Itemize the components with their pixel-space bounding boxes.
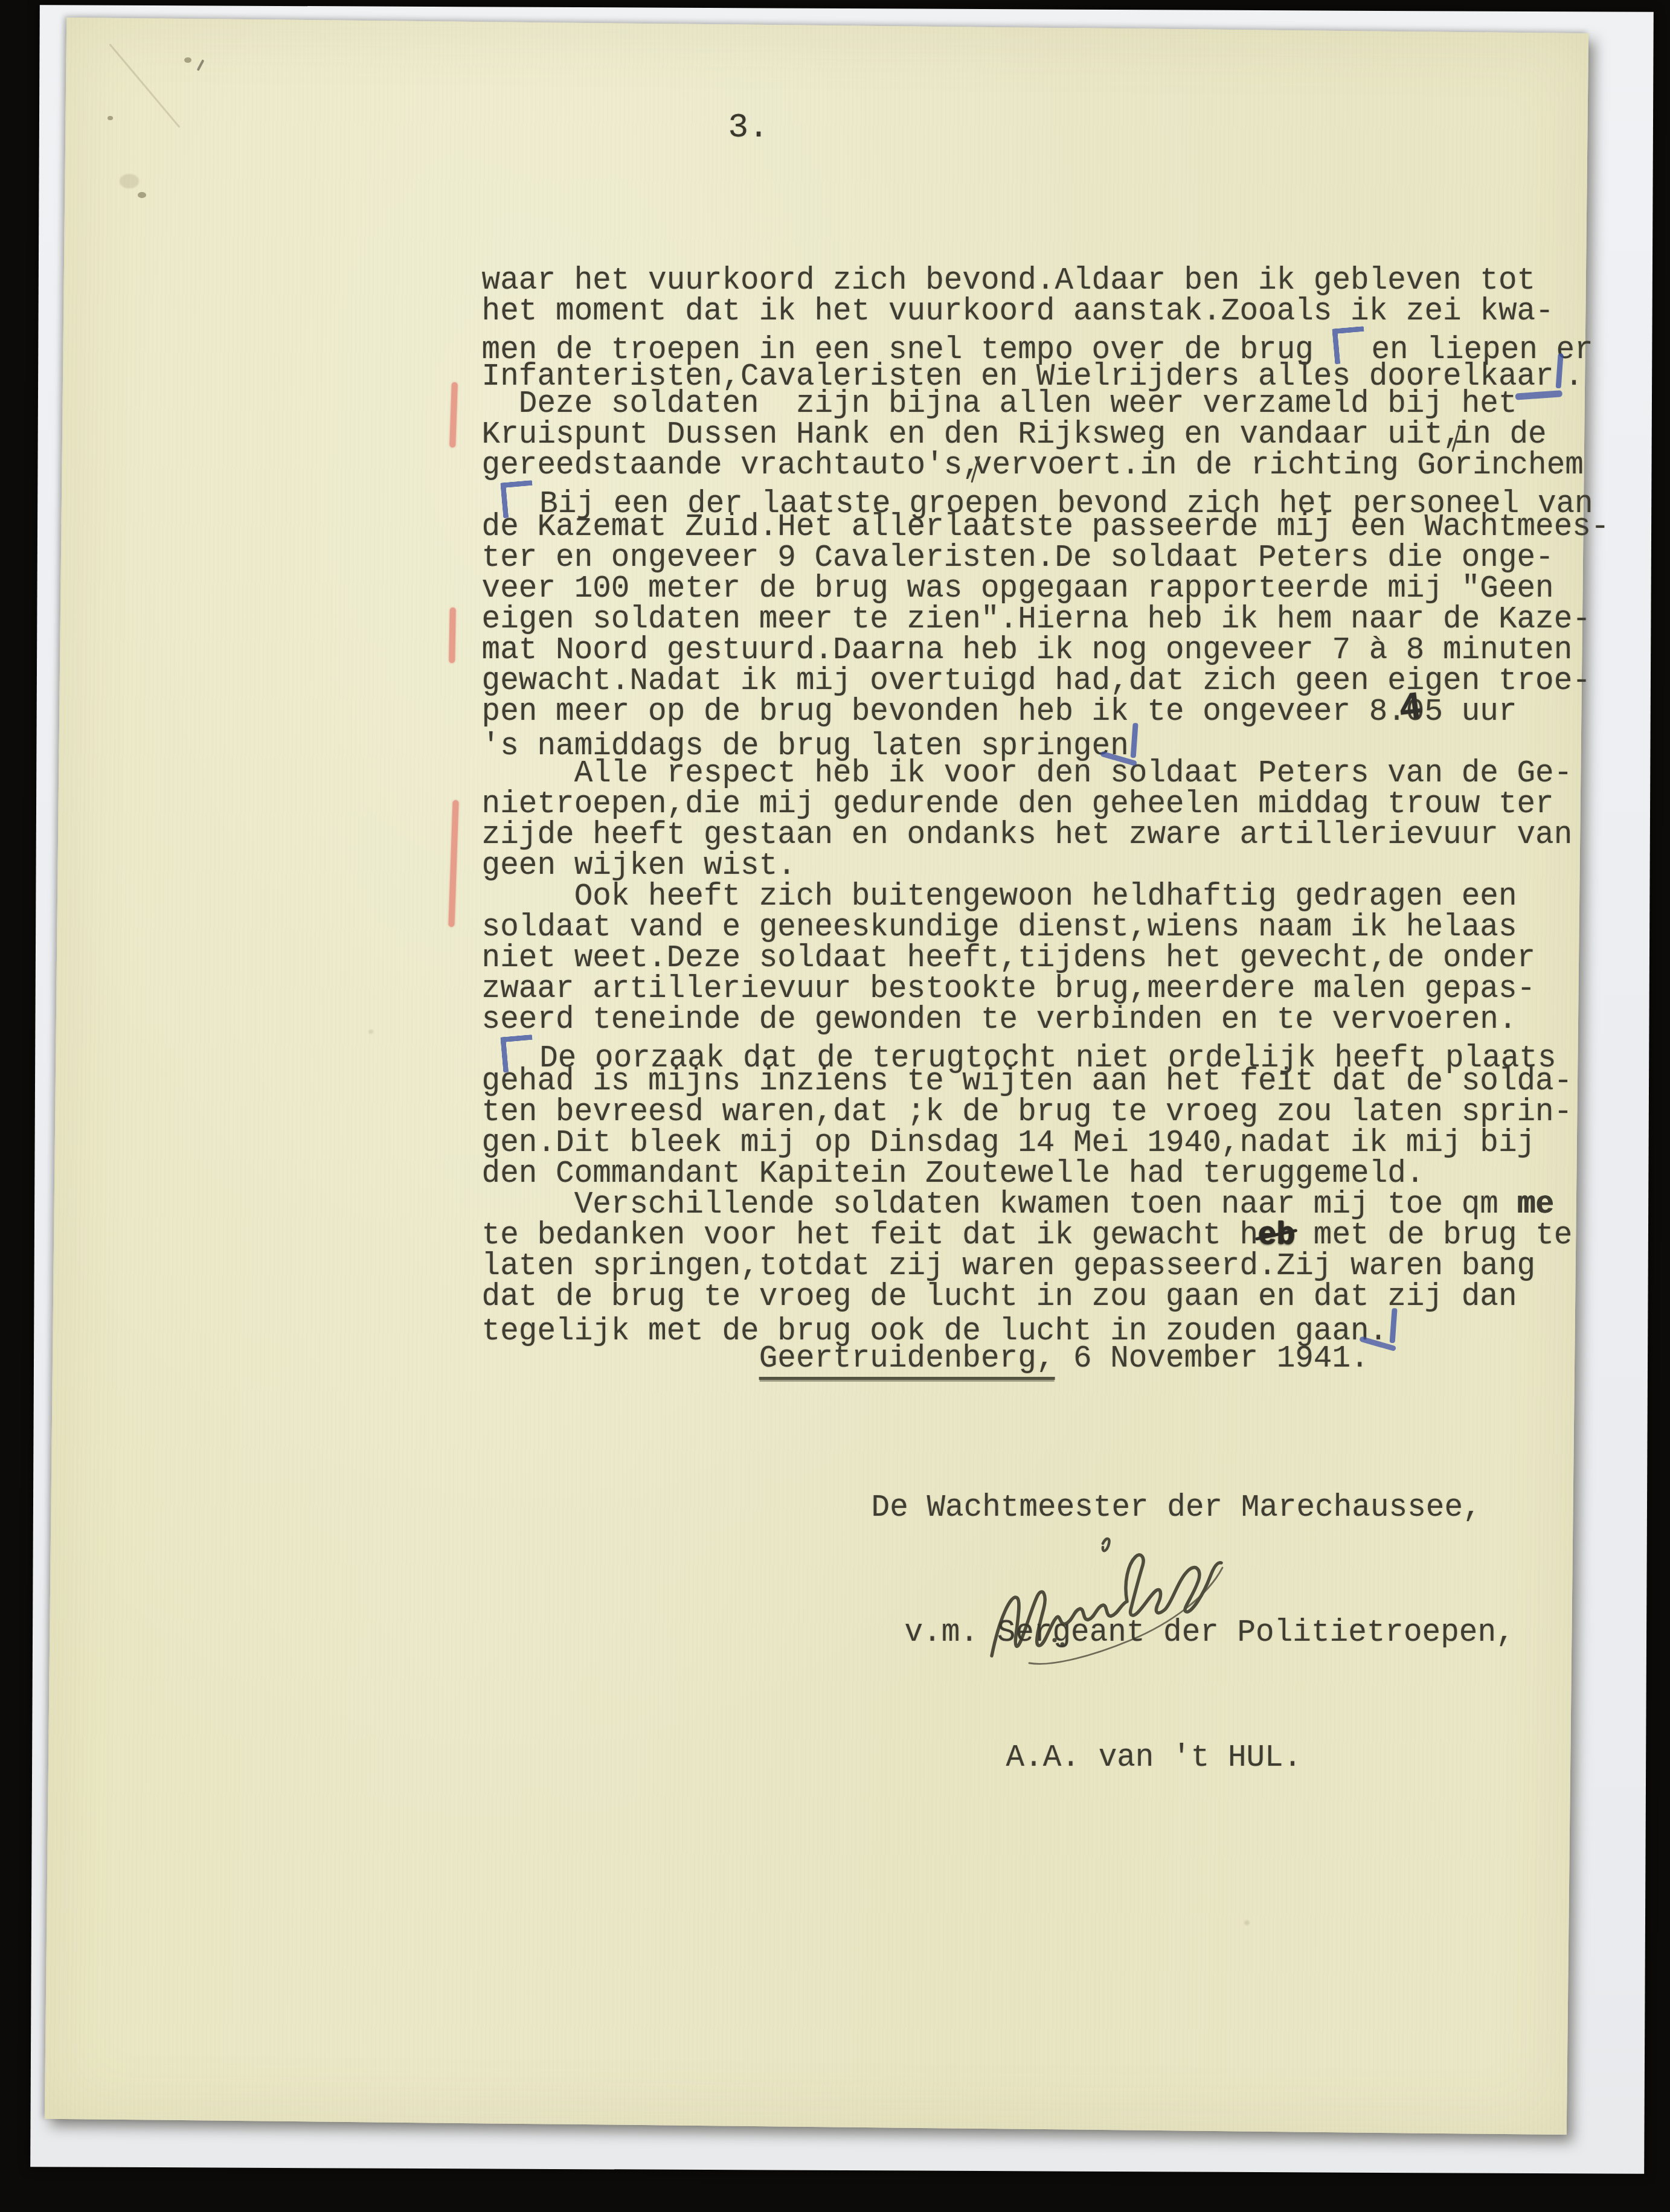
typed-line: ter en ongeveer 9 Cavaleristen.De soldaa… (482, 543, 1610, 574)
blue-pen-corner-mark (1332, 326, 1367, 364)
typed-text: Kruispunt Dussen Hank en den Rijksweg en… (482, 418, 1462, 452)
signature-ink-dot (1053, 1638, 1057, 1643)
blue-pen-corner-mark (500, 1034, 535, 1072)
blue-pen-corner-mark (500, 480, 535, 518)
handwritten-signature (978, 1486, 1238, 1691)
typed-text: . (1565, 360, 1584, 394)
typed-text: zijde heeft gestaan en ondanks het zware… (482, 818, 1573, 853)
paper-speck (1244, 1920, 1250, 1925)
typed-text: gehad is mijns inziens te wijten aan het… (482, 1065, 1573, 1099)
typed-text: den Commandant Kapitein Zoutewelle had t… (482, 1157, 1425, 1191)
typed-text: Alle respect heb ik voor den soldaat Pet… (482, 757, 1573, 791)
paper-speck (368, 1030, 373, 1034)
closing-line-name: A.A. van 't HUL. (482, 1743, 1610, 1774)
typed-line: tegelijk met de brug ook de lucht in zou… (482, 1313, 1610, 1344)
typed-text: nietroepen,die mij gedurende den geheele… (482, 787, 1554, 822)
typed-text: waar het vuurkoord zich bevond.Aldaar be… (482, 264, 1535, 298)
typed-line: laten springen,totdat zij waren gepassee… (482, 1251, 1610, 1282)
typed-line: dat de brug te vroeg de lucht in zou gaa… (482, 1282, 1610, 1313)
typed-text: Verschillende soldaten kwamen toen naar … (482, 1188, 1517, 1222)
typed-line: men de troepen in een snel tempo over de… (482, 327, 1610, 358)
typed-text (482, 1342, 759, 1376)
typed-line: geen wijken wist. (482, 851, 1610, 882)
document-scan: { "scan": { "background_color": "#0c0b09… (0, 0, 1670, 2212)
typed-text: de Kazemat Zuid.Het allerlaatste passeer… (482, 510, 1610, 545)
typed-line: Kruispunt Dussen Hank en den Rijksweg en… (482, 420, 1610, 450)
typed-line: waar het vuurkoord zich bevond.Aldaar be… (482, 266, 1610, 297)
typed-line: eigen soldaten meer te zien".Hierna heb … (482, 604, 1610, 635)
typed-body-lines: waar het vuurkoord zich bevond.Aldaar be… (482, 266, 1610, 1374)
typed-line: gehad is mijns inziens te wijten aan het… (482, 1066, 1610, 1097)
typed-line: Geertruidenberg, 6 November 1941. (482, 1344, 1610, 1374)
typed-text: seerd teneinde de gewonden te verbinden … (482, 1003, 1517, 1037)
blue-pen-end-mark (1387, 1313, 1396, 1344)
typed-line: Infanteristen,Cavaleristen en Wielrijder… (482, 358, 1610, 389)
typed-line: gewacht.Nadat ik mij overtuigd had,dat z… (482, 666, 1610, 697)
paper-speck (138, 192, 146, 198)
typed-line: de Kazemat Zuid.Het allerlaatste passeer… (482, 512, 1610, 543)
paper-speck (184, 57, 191, 63)
typed-text: Deze soldaten zijn bijna allen weer verz… (482, 387, 1517, 422)
typed-text: gewacht.Nadat ik mij overtuigd had,dat z… (482, 664, 1591, 699)
typed-text: geen wijken wist. (482, 849, 796, 883)
typed-line: 's namiddags de brug laten springen (482, 728, 1610, 758)
typed-text: in de (1454, 418, 1547, 452)
typed-text: veer 100 meter de brug was opgegaan rapp… (482, 572, 1554, 606)
typed-line: te bedanken voor het feit dat ik gewacht… (482, 1220, 1610, 1251)
signature-apostrophe (1103, 1539, 1110, 1551)
typed-text: dat de brug te vroeg de lucht in zou gaa… (482, 1280, 1517, 1315)
paper-speck (108, 116, 113, 120)
overtyped-bold-text: me (1517, 1188, 1554, 1222)
typed-line: nietroepen,die mij gedurende den geheele… (482, 789, 1610, 820)
typed-text: mat Noord gestuurd.Daarna heb ik nog ong… (482, 633, 1573, 668)
typed-text: soldaat vand e geneeskundige dienst,wien… (482, 911, 1517, 945)
blue-pen-end-mark (1554, 358, 1562, 390)
signature-ink-dot (1061, 1643, 1065, 1647)
typed-line: De oorzaak dat de terugtocht niet ordeli… (482, 1036, 1610, 1066)
typed-line: Ook heeft zich buitengewoon heldhaftig g… (482, 882, 1610, 912)
typed-text: laten springen,totdat zij waren gepassee… (482, 1249, 1535, 1284)
typed-text: Ook heeft zich buitengewoon heldhaftig g… (482, 880, 1517, 914)
paper-speck (120, 174, 139, 188)
document-paper: 3. waar het vuurkoord zich bevond.Aldaar… (45, 18, 1588, 2135)
typed-line: Alle respect heb ik voor den soldaat Pet… (482, 758, 1610, 789)
overtyped-digit: 04 (1406, 697, 1425, 728)
typed-text: 5 uur (1424, 695, 1517, 729)
typed-line: veer 100 meter de brug was opgegaan rapp… (482, 574, 1610, 604)
blue-pen-end-mark (1129, 728, 1137, 759)
typed-text: ten bevreesd waren,dat ;k de brug te vro… (482, 1095, 1573, 1130)
page-number: 3. (728, 111, 769, 144)
typed-line: niet weet.Deze soldaat heeft,tijdens het… (482, 943, 1610, 974)
typed-line: gen.Dit bleek mij op Dinsdag 14 Mei 1940… (482, 1128, 1610, 1159)
typed-text: pen meer op de brug bevonden heb ik te o… (482, 695, 1406, 729)
signature-name-stroke (992, 1555, 1221, 1656)
typed-line: het moment dat ik het vuurkoord aanstak.… (482, 297, 1610, 327)
typed-text: niet weet.Deze soldaat heeft,tijdens het… (482, 941, 1535, 976)
typed-line: Verschillende soldaten kwamen toen naar … (482, 1190, 1610, 1220)
typed-line: zijde heeft gestaan en ondanks het zware… (482, 820, 1610, 851)
red-pencil-margin-line (449, 607, 456, 663)
typed-line: soldaat vand e geneeskundige dienst,wien… (482, 912, 1610, 943)
typed-line: Deze soldaten zijn bijna allen weer verz… (482, 389, 1610, 420)
pen-scribble-correction: eb (1258, 1219, 1295, 1253)
typed-text: gereedstaande vrachtauto's, (482, 449, 981, 483)
underlined-place-name: Geertruidenberg, (759, 1342, 1055, 1380)
typed-line: den Commandant Kapitein Zoutewelle had t… (482, 1159, 1610, 1190)
typed-text: vervoert.in de richting Gorinchem (974, 449, 1584, 483)
typed-line: seerd teneinde de gewonden te verbinden … (482, 1005, 1610, 1036)
typed-text: zwaar artillerievuur bestookte brug,meer… (482, 972, 1535, 1007)
typed-text: gen.Dit bleek mij op Dinsdag 14 Mei 1940… (482, 1126, 1535, 1161)
typed-text: 6 November 1941. (1055, 1342, 1369, 1376)
overtyped-digit-overlay: 4 (1397, 688, 1425, 731)
typed-text: eigen soldaten meer te zien".Hierna heb … (482, 603, 1591, 637)
typed-line: pen meer op de brug bevonden heb ik te o… (482, 697, 1610, 728)
typed-text: met de brug te (1295, 1219, 1572, 1253)
typed-text: te bedanken voor het feit dat ik gewacht… (482, 1219, 1258, 1253)
typed-line: mat Noord gestuurd.Daarna heb ik nog ong… (482, 635, 1610, 666)
typed-line: zwaar artillerievuur bestookte brug,meer… (482, 974, 1610, 1005)
typed-line: gereedstaande vrachtauto's,vervoert.in d… (482, 450, 1610, 481)
typed-line: ten bevreesd waren,dat ;k de brug te vro… (482, 1097, 1610, 1128)
typed-line: Bij een der laatste groepen bevond zich … (482, 481, 1610, 512)
typed-text: het moment dat ik het vuurkoord aanstak.… (482, 295, 1554, 329)
typed-text: ter en ongeveer 9 Cavaleristen.De soldaa… (482, 541, 1554, 575)
